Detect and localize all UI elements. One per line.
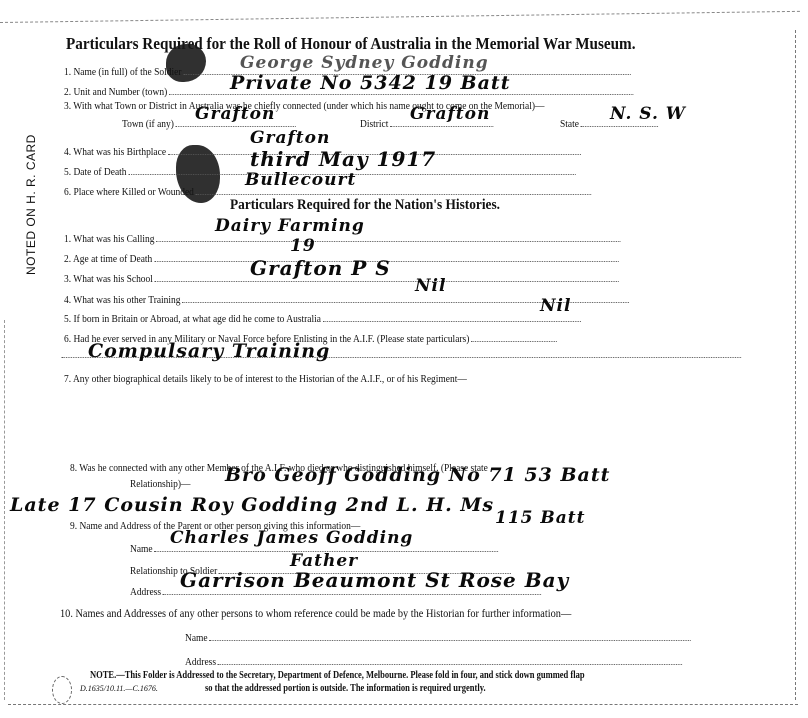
section1-title: Particulars Required for the Roll of Hon…: [66, 34, 636, 54]
town-answer: Grafton: [195, 104, 275, 124]
parent-name-label: Name: [130, 543, 153, 555]
state-label: State: [560, 118, 579, 130]
q10-address-label: Address: [185, 656, 216, 668]
s2-q7-biography-field: 7. Any other biographical details likely…: [64, 373, 467, 385]
q2-label: 2. Unit and Number (town): [64, 86, 167, 98]
parent-address-label: Address: [130, 586, 161, 598]
q1-label: 1. Name (in full) of the Soldier: [64, 66, 181, 78]
q2-answer: Private No 5342 19 Batt: [230, 72, 510, 94]
paper-edge-right: [795, 30, 796, 700]
q4-answer: Grafton: [250, 128, 330, 148]
q10-name-field: Name: [185, 632, 691, 644]
s2-q1-label: 1. What was his Calling: [64, 233, 154, 245]
district-label: District: [360, 118, 388, 130]
q6-answer: Bullecourt: [245, 170, 356, 190]
roll-of-honour-form: NOTED ON H. R. CARD Particulars Required…: [0, 0, 808, 718]
s2-q5-label: 5. If born in Britain or Abroad, at what…: [64, 313, 321, 325]
q10-name-label: Name: [185, 632, 208, 644]
folding-note-line1: NOTE.—This Folder is Addressed to the Se…: [90, 670, 585, 681]
s2-q1-answer: Dairy Farming: [215, 216, 365, 236]
q6-label: 6. Place where Killed or Wounded: [64, 186, 194, 198]
q10-address-field: Address: [185, 656, 682, 668]
noted-on-hr-card-stamp: NOTED ON H. R. CARD: [24, 134, 38, 275]
s2-q10-field: 10. Names and Addresses of any other per…: [60, 606, 571, 621]
district-answer: Grafton: [410, 104, 490, 124]
s2-q8-relationship-label: Relationship)—: [130, 478, 190, 490]
town-label: Town (if any): [122, 118, 174, 130]
s2-q5-arrival-age-field: 5. If born in Britain or Abroad, at what…: [64, 313, 581, 325]
s2-q8-answer-continued: Late 17 Cousin Roy Godding 2nd L. H. Ms: [10, 494, 494, 516]
s2-q6-answer: Compulsary Training: [88, 340, 330, 362]
s2-q8-label2: Relationship)—: [130, 478, 190, 490]
s2-q5-answer: Nil: [540, 296, 571, 316]
s2-q4-answer: Nil: [415, 276, 446, 296]
s2-q3-answer: Grafton P S: [250, 256, 391, 280]
paper-edge-left: [4, 320, 5, 700]
section2-title: Particulars Required for the Nation's Hi…: [230, 197, 500, 214]
parent-name-answer: Charles James Godding: [170, 528, 413, 548]
state-answer: N. S. W: [610, 104, 686, 124]
punch-hole-mark: [52, 676, 72, 704]
s2-q3-label: 3. What was his School: [64, 273, 153, 285]
s2-q4-label: 4. What was his other Training: [64, 294, 181, 306]
q5-answer: third May 1917: [250, 147, 436, 171]
parent-address-answer: Garrison Beaumont St Rose Bay: [180, 568, 569, 592]
q1-answer: George Sydney Godding: [240, 53, 489, 73]
folding-note-line2: so that the addressed portion is outside…: [205, 683, 486, 694]
paper-edge-top: [0, 11, 800, 23]
s2-q2-label: 2. Age at time of Death: [64, 253, 152, 265]
q4-label: 4. What was his Birthplace: [64, 146, 166, 158]
s2-q10-label: 10. Names and Addresses of any other per…: [60, 606, 571, 621]
q5-label: 5. Date of Death: [64, 166, 127, 178]
s2-q7-label: 7. Any other biographical details likely…: [64, 373, 467, 385]
s2-q9-answer: 115 Batt: [495, 508, 586, 528]
form-code: D.1635/10.11.—C.1676.: [80, 684, 158, 693]
s2-q8-answer: Bro Geoff Godding No 71 53 Batt: [225, 464, 610, 486]
s2-q2-answer: 19: [290, 236, 316, 256]
paper-edge-bottom: [8, 704, 798, 705]
